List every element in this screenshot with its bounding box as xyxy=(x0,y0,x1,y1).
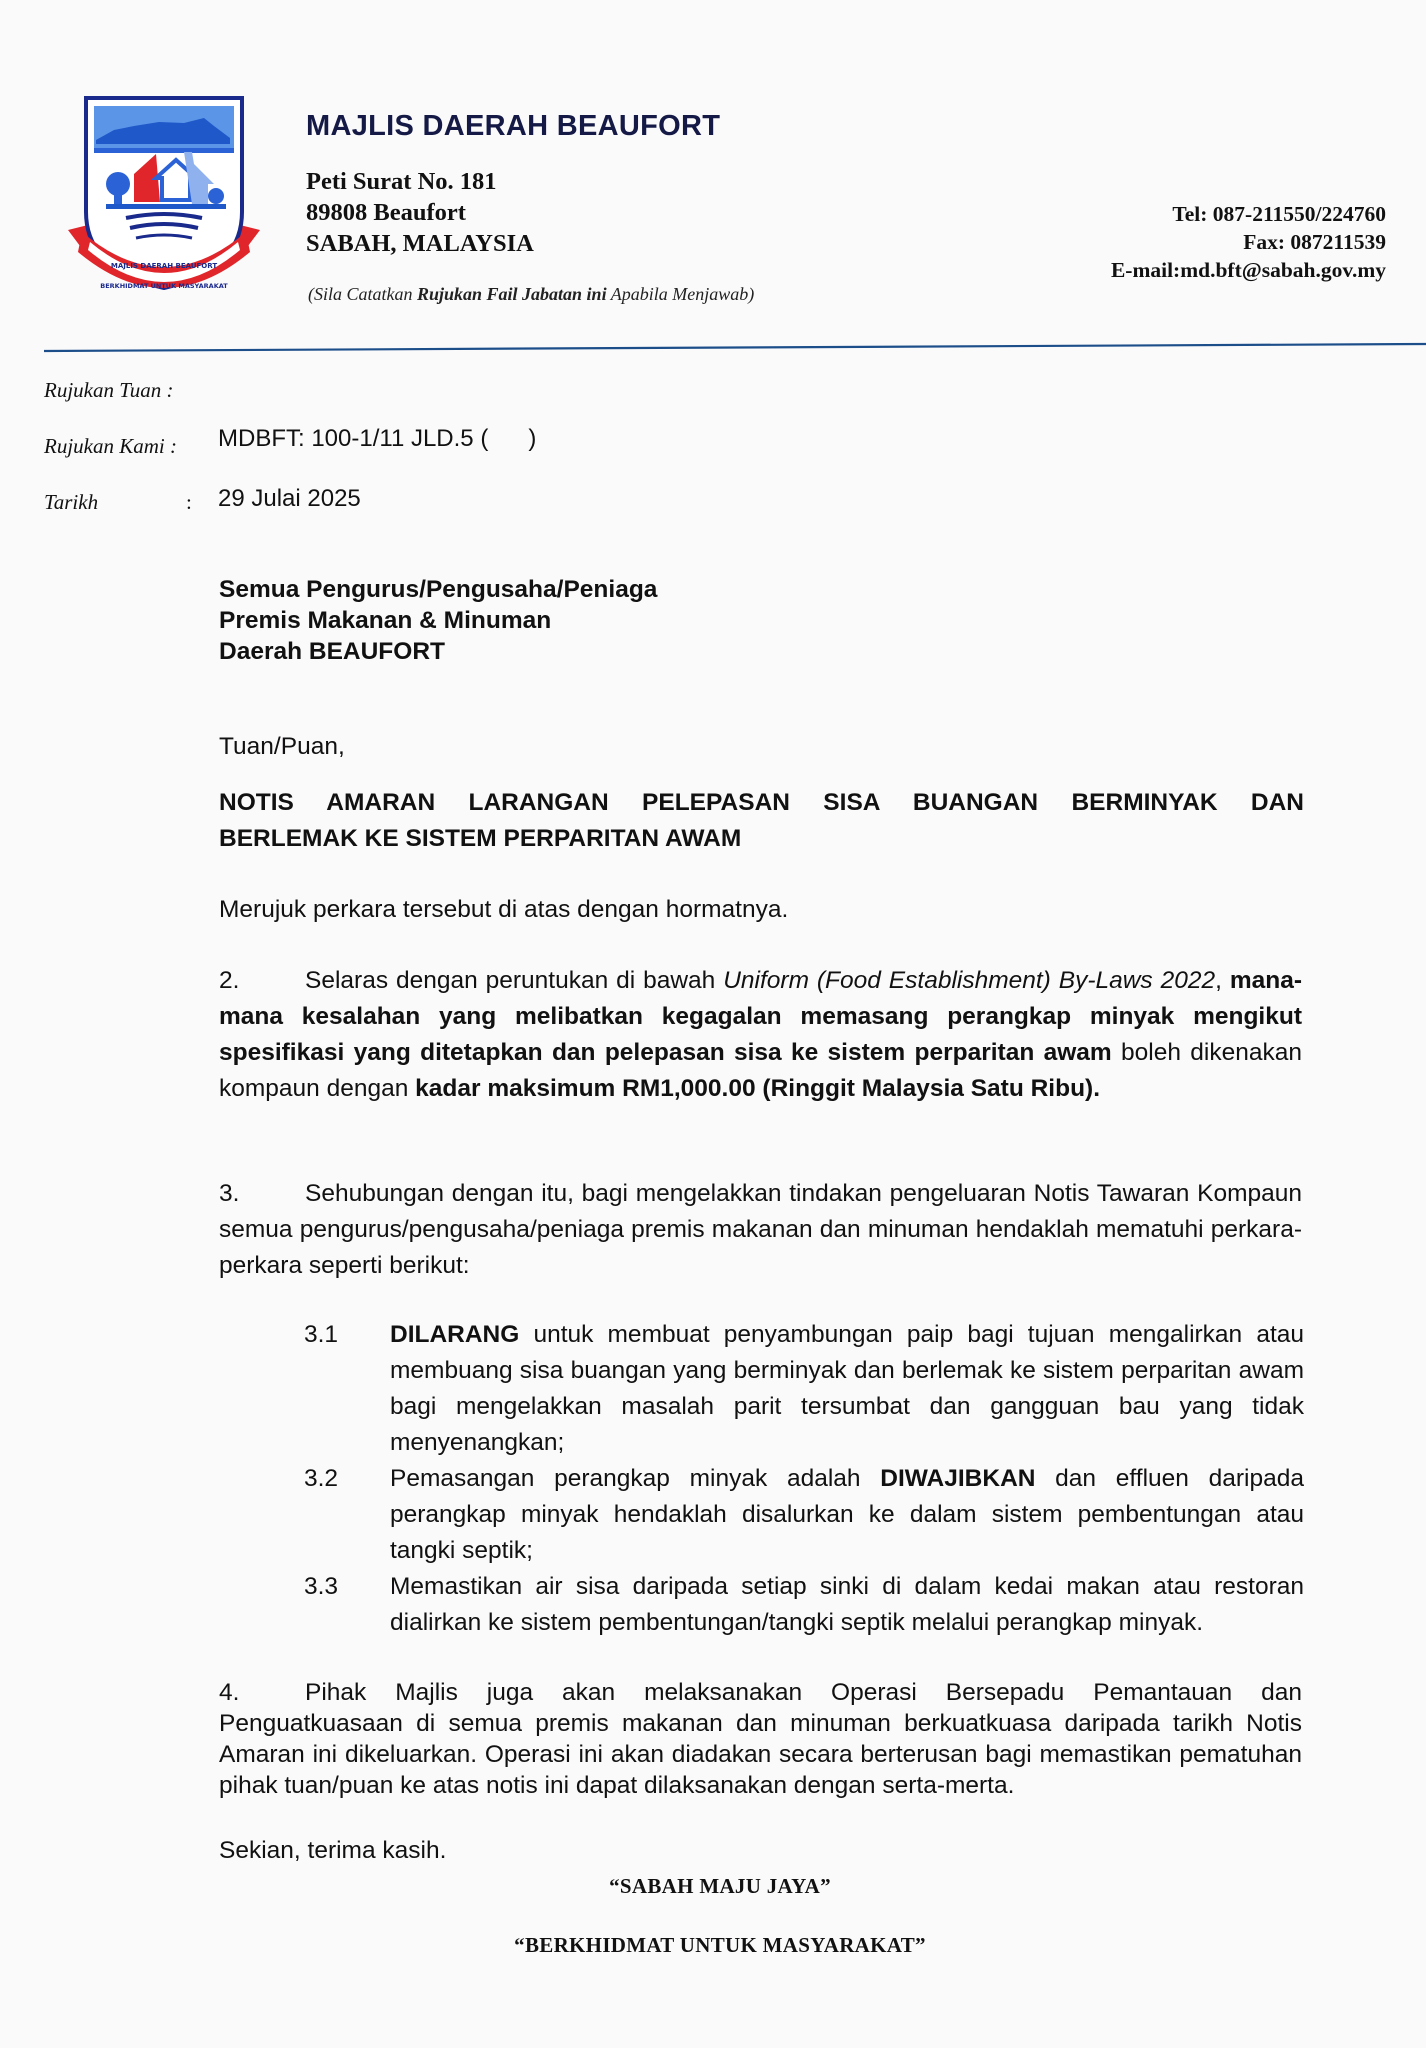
paragraph-3: 3.Sehubungan dengan itu, bagi mengelakka… xyxy=(219,1176,1302,1284)
your-reference-label: Rujukan Tuan : xyxy=(44,378,174,403)
email-link[interactable]: E-mail:md.bft@sabah.gov.my xyxy=(1111,256,1386,284)
intro-paragraph: Merujuk perkara tersebut di atas dengan … xyxy=(219,896,788,924)
closing: Sekian, terima kasih. xyxy=(219,1837,446,1865)
recipient-line: Premis Makanan & Minuman xyxy=(219,605,657,636)
letterhead-divider xyxy=(44,340,1426,354)
list-item-3-2: 3.2 Pemasangan perangkap minyak adalah D… xyxy=(304,1461,1304,1569)
address-line: SABAH, MALAYSIA xyxy=(306,228,534,259)
motto-service: “BERKHIDMAT UNTUK MASYARAKAT” xyxy=(440,1933,1000,1958)
paragraph-2: 2.Selaras dengan peruntukan di bawah Uni… xyxy=(219,963,1302,1107)
salutation: Tuan/Puan, xyxy=(219,733,345,761)
council-crest-logo: MAJLIS DAERAH BEAUFORT BERKHIDMAT UNTUK … xyxy=(64,92,264,307)
svg-text:BERKHIDMAT UNTUK MASYARAKAT: BERKHIDMAT UNTUK MASYARAKAT xyxy=(100,282,228,290)
motto-sabah: “SABAH MAJU JAYA” xyxy=(500,1874,940,1899)
address-line: Peti Surat No. 181 xyxy=(306,166,534,197)
recipient-block: Semua Pengurus/Pengusaha/Peniaga Premis … xyxy=(219,574,657,667)
recipient-line: Daerah BEAUFORT xyxy=(219,636,657,667)
organization-name: MAJLIS DAERAH BEAUFORT xyxy=(306,110,720,143)
subject-heading: NOTIS AMARAN LARANGAN PELEPASAN SISA BUA… xyxy=(219,785,1304,857)
svg-text:MAJLIS DAERAH BEAUFORT: MAJLIS DAERAH BEAUFORT xyxy=(111,262,217,270)
address-line: 89808 Beaufort xyxy=(306,197,534,228)
fax: Fax: 087211539 xyxy=(1111,228,1386,256)
recipient-line: Semua Pengurus/Pengusaha/Peniaga xyxy=(219,574,657,605)
date-colon: : xyxy=(186,490,192,515)
date-label: Tarikh xyxy=(44,490,98,515)
contact-details: Tel: 087-211550/224760 Fax: 087211539 E-… xyxy=(1111,200,1386,284)
list-item-3-1: 3.1 DILARANG untuk membuat penyambungan … xyxy=(304,1317,1304,1461)
file-reference-note: (Sila Catatkan Rujukan Fail Jabatan ini … xyxy=(308,284,754,305)
our-reference-label: Rujukan Kami : xyxy=(44,434,177,459)
telephone: Tel: 087-211550/224760 xyxy=(1111,200,1386,228)
list-item-3-3: 3.3 Memastikan air sisa daripada setiap … xyxy=(304,1569,1304,1641)
paragraph-4: 4.Pihak Majlis juga akan melaksanakan Op… xyxy=(219,1677,1302,1801)
our-reference-value: MDBFT: 100-1/11 JLD.5 ( ) xyxy=(218,425,536,453)
postal-address: Peti Surat No. 181 89808 Beaufort SABAH,… xyxy=(306,166,534,259)
council-crest-icon: MAJLIS DAERAH BEAUFORT BERKHIDMAT UNTUK … xyxy=(64,92,264,307)
date-value: 29 Julai 2025 xyxy=(218,485,361,513)
